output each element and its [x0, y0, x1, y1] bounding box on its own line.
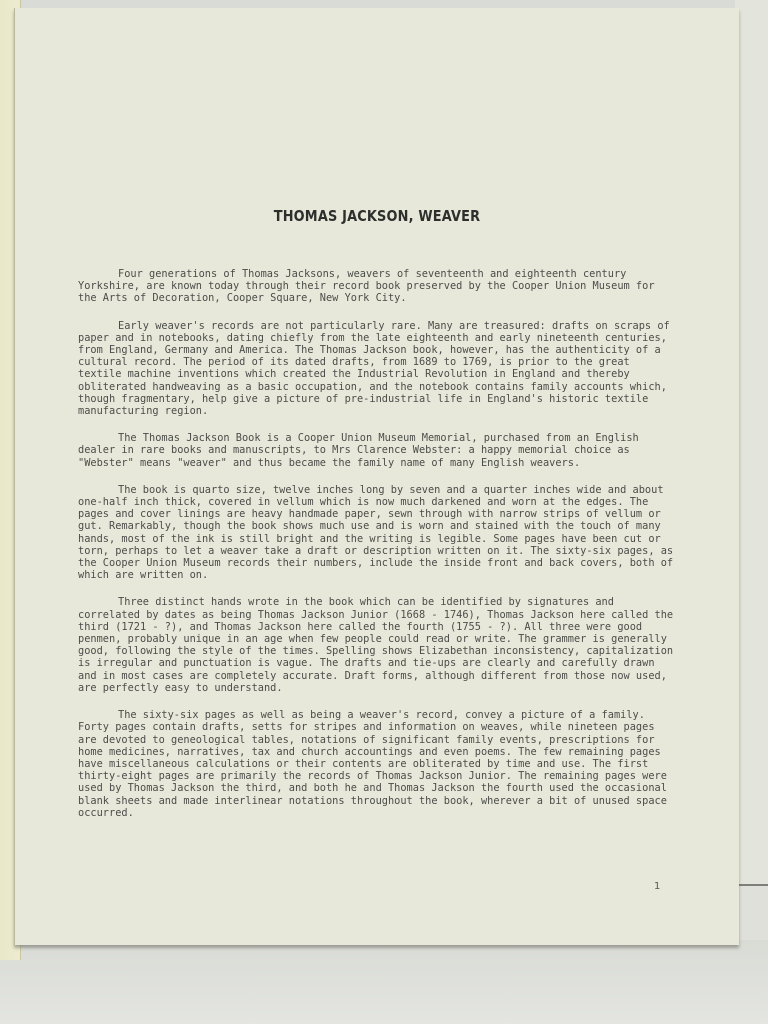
paragraph-book-description: The book is quarto size, twelve inches l… [78, 484, 678, 582]
background-surface [0, 940, 768, 1024]
body-text: Four generations of Thomas Jacksons, wea… [78, 268, 678, 834]
paragraph-memorial: The Thomas Jackson Book is a Cooper Unio… [78, 432, 678, 469]
page-number: 1 [654, 881, 660, 892]
paragraph-three-hands: Three distinct hands wrote in the book w… [78, 596, 678, 694]
paragraph-early-records: Early weaver's records are not particula… [78, 320, 678, 418]
paragraph-family-picture: The sixty-six pages as well as being a w… [78, 709, 678, 819]
page-title: THOMAS JACKSON, WEAVER [66, 207, 689, 225]
document-page: THOMAS JACKSON, WEAVER Four generations … [14, 8, 739, 945]
paragraph-intro: Four generations of Thomas Jacksons, wea… [78, 268, 678, 305]
underlying-sheet-right [735, 0, 768, 886]
